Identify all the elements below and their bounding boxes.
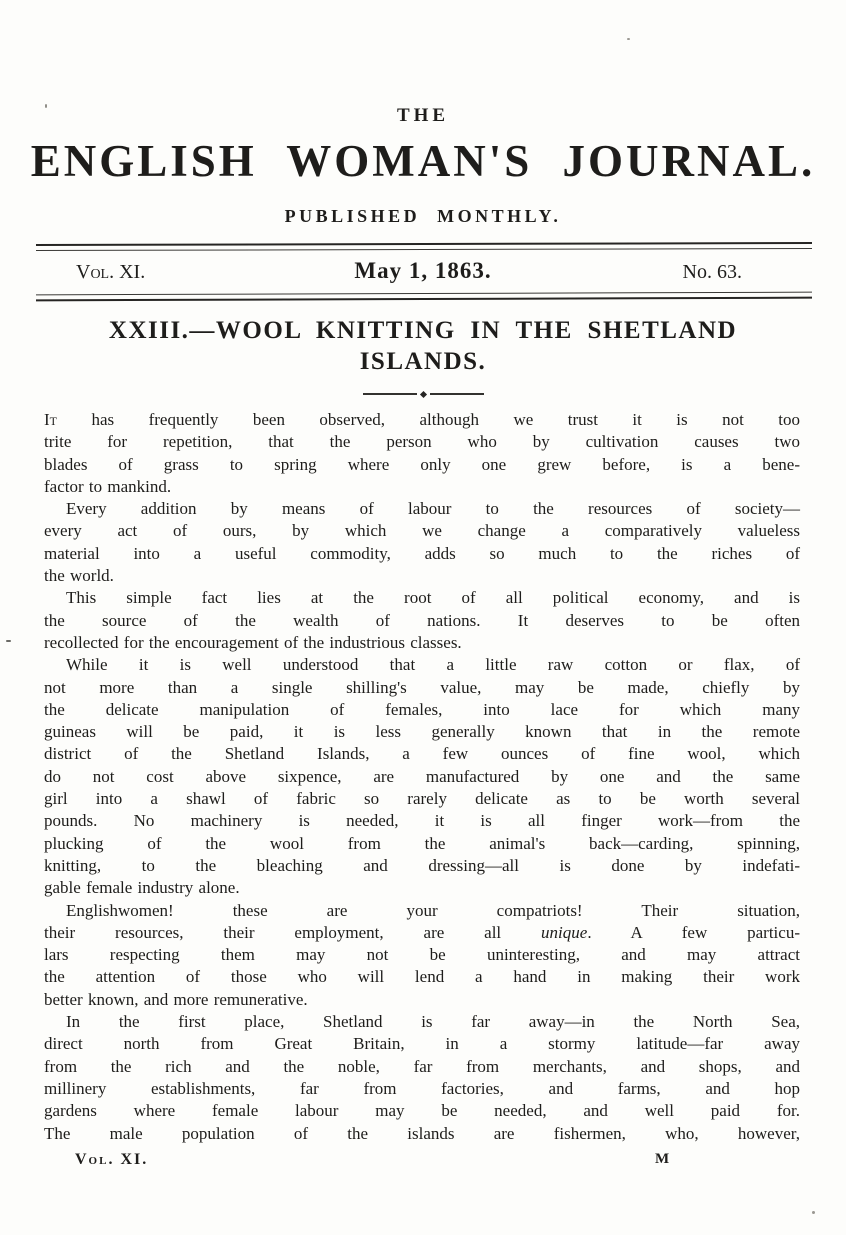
text-segment: the attention of those who will lend a h… <box>44 967 800 986</box>
text-segment: lars respecting them may not be unintere… <box>44 945 800 964</box>
text-segment: pounds. No machinery is needed, it is al… <box>44 811 800 830</box>
text-line: not more than a single shilling's value,… <box>44 677 800 699</box>
text-segment: . A few particu- <box>587 923 800 942</box>
text-segment: has frequently been observed, although w… <box>57 410 800 429</box>
text-segment: the world. <box>44 566 114 585</box>
journal-page: THE ENGLISH WOMAN'S JOURNAL. PUBLISHED M… <box>0 0 846 1235</box>
issue-number: No. 63. <box>683 259 810 285</box>
text-segment: do not cost above sixpence, are manufact… <box>44 767 800 786</box>
text-segment: from the rich and the noble, far from me… <box>44 1057 800 1076</box>
issue-date: May 1, 1863. <box>354 258 491 284</box>
text-segment: Every addition by means of labour to the… <box>66 499 800 518</box>
text-segment: the source of the wealth of nations. It … <box>44 611 800 630</box>
text-segment: direct north from Great Britain, in a st… <box>44 1034 800 1053</box>
article-body: It has frequently been observed, althoug… <box>44 409 800 1145</box>
page-footer: Vol. XI. M <box>0 1151 846 1173</box>
text-line: lars respecting them may not be unintere… <box>44 944 800 966</box>
text-segment: girl into a shawl of fabric so rarely de… <box>44 789 800 808</box>
text-segment: plucking of the wool from the animal's b… <box>44 834 800 853</box>
journal-title: ENGLISH WOMAN'S JOURNAL. <box>0 139 846 184</box>
text-line: This simple fact lies at the root of all… <box>44 587 800 609</box>
text-segment: While it is well understood that a littl… <box>66 655 800 674</box>
text-line: girl into a shawl of fabric so rarely de… <box>44 788 800 810</box>
masthead-the: THE <box>0 106 846 125</box>
text-segment: recollected for the encouragement of the… <box>44 633 462 652</box>
text-line: direct north from Great Britain, in a st… <box>44 1033 800 1055</box>
masthead: THE ENGLISH WOMAN'S JOURNAL. PUBLISHED M… <box>0 106 846 225</box>
diamond-ornament-icon <box>419 390 426 397</box>
text-line: the delicate manipulation of females, in… <box>44 699 800 721</box>
text-segment: Englishwomen! these are your compatriots… <box>66 901 800 920</box>
text-line: factor to mankind. <box>44 476 800 498</box>
text-line: pounds. No machinery is needed, it is al… <box>44 810 800 832</box>
text-segment: This simple fact lies at the root of all… <box>66 588 800 607</box>
scan-speck <box>45 104 47 108</box>
divider-line <box>430 393 484 395</box>
text-line: The male population of the islands are f… <box>44 1123 800 1145</box>
text-line: the world. <box>44 565 800 587</box>
text-line: It has frequently been observed, althoug… <box>44 409 800 431</box>
divider-line <box>363 393 417 395</box>
text-line: blades of grass to spring where only one… <box>44 454 800 476</box>
scan-speck <box>812 1211 815 1214</box>
issue-line: Vol. XI. May 1, 1863. No. 63. <box>36 258 810 285</box>
double-rule-top <box>36 242 812 251</box>
scan-speck <box>6 640 11 642</box>
italic-text: unique <box>541 923 587 942</box>
text-segment: It <box>44 410 57 429</box>
text-segment: The male population of the islands are f… <box>44 1124 800 1143</box>
scan-speck <box>627 38 630 40</box>
text-line: district of the Shetland Islands, a few … <box>44 743 800 765</box>
text-segment: millinery establishments, far from facto… <box>44 1079 800 1098</box>
text-line: better known, and more remunerative. <box>44 989 800 1011</box>
text-line: In the first place, Shetland is far away… <box>44 1011 800 1033</box>
text-line: material into a useful commodity, adds s… <box>44 543 800 565</box>
signature-mark: M <box>655 1151 670 1168</box>
text-line: Englishwomen! these are your compatriots… <box>44 900 800 922</box>
text-line: their resources, their employment, are a… <box>44 922 800 944</box>
article-title-line1: XXIII.—WOOL KNITTING IN THE SHETLAND <box>0 315 846 346</box>
text-segment: better known, and more remunerative. <box>44 990 308 1009</box>
text-line: gable female industry alone. <box>44 877 800 899</box>
ornament-divider <box>0 390 846 398</box>
text-segment: knitting, to the bleaching and dressing—… <box>44 856 800 875</box>
text-line: the source of the wealth of nations. It … <box>44 610 800 632</box>
text-line: knitting, to the bleaching and dressing—… <box>44 855 800 877</box>
text-line: the attention of those who will lend a h… <box>44 966 800 988</box>
text-line: recollected for the encouragement of the… <box>44 632 800 654</box>
text-segment: factor to mankind. <box>44 477 171 496</box>
article-title-line2: ISLANDS. <box>0 346 846 377</box>
text-line: gardens where female labour may be neede… <box>44 1100 800 1122</box>
text-segment: material into a useful commodity, adds s… <box>44 544 800 563</box>
text-line: plucking of the wool from the animal's b… <box>44 833 800 855</box>
text-segment: the delicate manipulation of females, in… <box>44 700 800 719</box>
text-segment: blades of grass to spring where only one… <box>44 455 800 474</box>
text-segment: every act of ours, by which we change a … <box>44 521 800 540</box>
text-segment: gable female industry alone. <box>44 878 240 897</box>
article-title: XXIII.—WOOL KNITTING IN THE SHETLAND ISL… <box>0 315 846 377</box>
text-segment: not more than a single shilling's value,… <box>44 678 800 697</box>
masthead-subtitle: PUBLISHED MONTHLY. <box>0 207 846 225</box>
text-line: every act of ours, by which we change a … <box>44 520 800 542</box>
text-line: from the rich and the noble, far from me… <box>44 1056 800 1078</box>
footer-volume: Vol. XI. <box>75 1151 148 1169</box>
text-line: Every addition by means of labour to the… <box>44 498 800 520</box>
text-line: While it is well understood that a littl… <box>44 654 800 676</box>
text-line: millinery establishments, far from facto… <box>44 1078 800 1100</box>
text-line: do not cost above sixpence, are manufact… <box>44 766 800 788</box>
text-line: trite for repetition, that the person wh… <box>44 431 800 453</box>
text-segment: guineas will be paid, it is less general… <box>44 722 800 741</box>
text-segment: gardens where female labour may be neede… <box>44 1101 800 1120</box>
volume-label: Vol. XI. <box>36 259 145 285</box>
text-line: guineas will be paid, it is less general… <box>44 721 800 743</box>
text-segment: trite for repetition, that the person wh… <box>44 432 800 451</box>
text-segment: district of the Shetland Islands, a few … <box>44 744 800 763</box>
text-segment: their resources, their employment, are a… <box>44 923 541 942</box>
double-rule-bottom <box>36 292 812 302</box>
text-segment: In the first place, Shetland is far away… <box>66 1012 800 1031</box>
